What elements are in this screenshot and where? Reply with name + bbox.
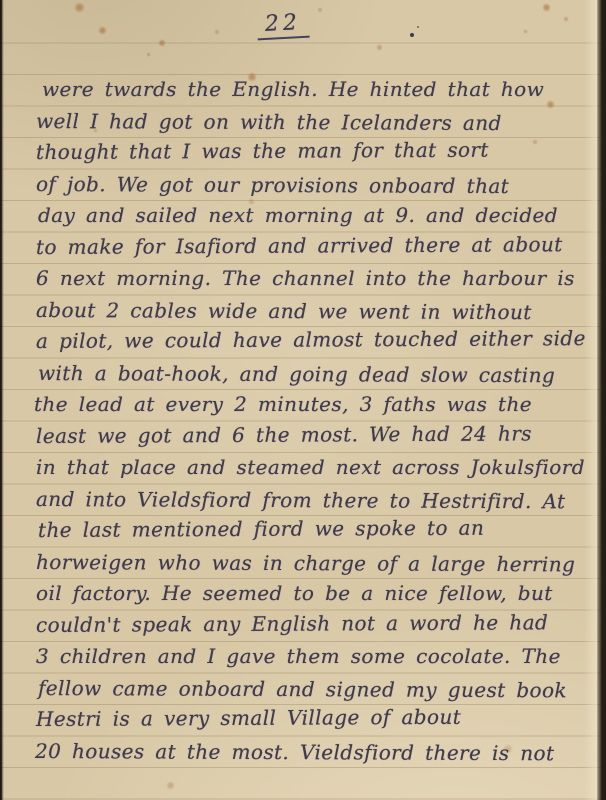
- scan-edge-left: [0, 0, 4, 800]
- handwritten-line: the last mentioned fiord we spoke to an: [38, 512, 576, 546]
- handwritten-line: least we got and 6 the most. We had 24 h…: [36, 418, 576, 452]
- handwritten-line: the lead at every 2 minutes, 3 faths was…: [34, 389, 576, 421]
- ink-speck: [417, 26, 419, 28]
- handwritten-line: day and sailed next morning at 9. and de…: [38, 200, 576, 232]
- handwritten-line: couldn't speak any English not a word he…: [36, 607, 576, 641]
- handwriting-block: were twards the English. He hinted that …: [36, 74, 576, 767]
- handwritten-line: oil factory. He seemed to be a nice fell…: [36, 578, 576, 610]
- ink-speck: [410, 33, 414, 37]
- handwritten-line: 3 children and I gave them some cocolate…: [36, 641, 576, 673]
- page-number: 22: [256, 10, 309, 41]
- handwritten-line: thought that I was the man for that sort: [36, 134, 576, 168]
- handwritten-line: horweigen who was in charge of a large h…: [36, 547, 576, 581]
- handwritten-line: with a boat-hook, and going dead slow ca…: [38, 358, 576, 392]
- scan-edge-right: [597, 0, 606, 800]
- handwritten-line: 6 next morning. The channel into the har…: [36, 263, 576, 295]
- handwritten-line: were twards the English. He hinted that …: [42, 74, 576, 106]
- handwritten-line: a pilot, we could have almost touched ei…: [36, 323, 576, 357]
- paper-edge-highlight: [584, 0, 598, 800]
- handwritten-line: in that place and steamed next across Jo…: [36, 452, 576, 484]
- handwritten-line: of job. We got our provisions onboard th…: [36, 169, 576, 203]
- scanned-diary-page: 22 were twards the English. He hinted th…: [0, 0, 606, 800]
- handwritten-line: to make for Isafiord and arrived there a…: [36, 229, 576, 263]
- handwritten-line: Hestri is a very small Village of about: [36, 701, 576, 735]
- handwritten-line: 20 houses at the most. Vieldsfiord there…: [35, 736, 576, 770]
